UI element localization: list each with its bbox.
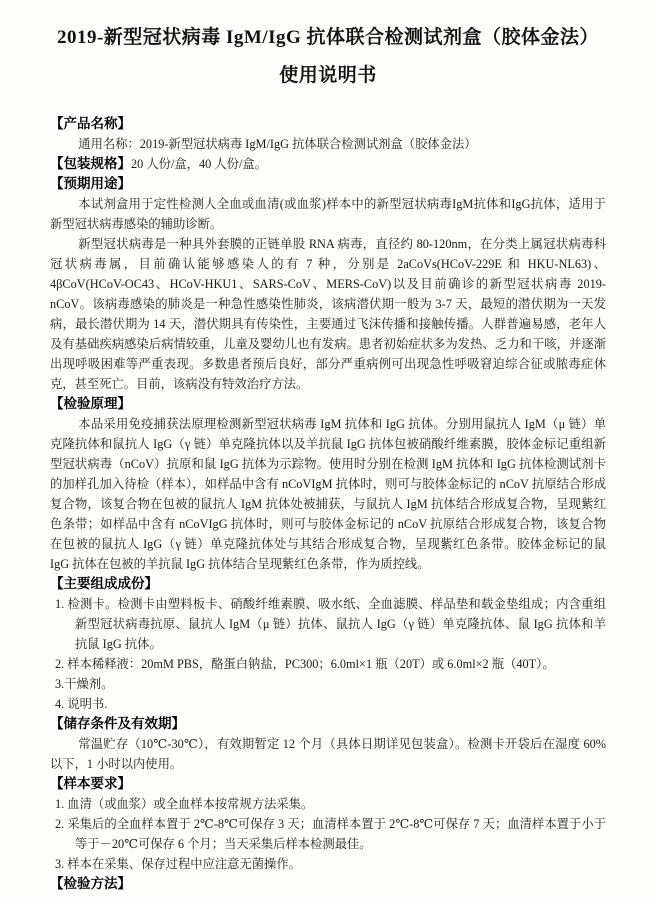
packaging-spec-text: 20 人份/盒，40 人份/盒。 xyxy=(131,157,267,171)
list-item-component-1: 1. 检测卡。检测卡由塑料板卡、硝酸纤维素膜、吸水纸、全血滤膜、样品垫和载金垫组… xyxy=(50,594,606,654)
document-body: 【产品名称】 通用名称：2019-新型冠状病毒 IgM/IgG 抗体联合检测试剂… xyxy=(50,114,606,894)
list-item-component-4: 4. 说明书. xyxy=(50,694,606,714)
packaging-line: 【包装规格】20 人份/盒，40 人份/盒。 xyxy=(50,154,606,174)
section-heading-sample-requirements: 【样本要求】 xyxy=(50,774,606,794)
doc-title-line1: 2019-新型冠状病毒 IgM/IgG 抗体联合检测试剂盒（胶体金法） xyxy=(50,24,606,52)
section-heading-intended-use: 【预期用途】 xyxy=(50,174,606,194)
list-item-component-3: 3.干燥剂。 xyxy=(50,674,606,694)
list-item-sample-2: 2. 采集后的全血样本置于 2℃-8℃可保存 3 天；血清样本置于 2℃-8℃可… xyxy=(50,814,606,854)
para-intended-use-1: 本试剂盒用于定性检测人全血或血清(或血浆)样本中的新型冠状病毒IgM抗体和IgG… xyxy=(50,194,606,234)
para-intended-use-2: 新型冠状病毒是一种具外套膜的正链单股 RNA 病毒，直径约 80-120nm，在… xyxy=(50,234,606,394)
section-heading-test-method: 【检验方法】 xyxy=(50,874,606,894)
para-storage: 常温贮存（10℃-30℃），有效期暂定 12 个月（具体日期详见包装盒）。检测卡… xyxy=(50,734,606,774)
section-heading-test-principle: 【检验原理】 xyxy=(50,394,606,414)
para-test-principle: 本品采用免疫捕获法原理检测新型冠状病毒 IgM 抗体和 IgG 抗体。分别用鼠抗… xyxy=(50,414,606,574)
list-item-component-2: 2. 样本稀释液：20mM PBS，酪蛋白钠盐，PC300；6.0ml×1 瓶（… xyxy=(50,654,606,674)
list-item-sample-3: 3. 样本在采集、保存过程中应注意无菌操作。 xyxy=(50,854,606,874)
document-page: 2019-新型冠状病毒 IgM/IgG 抗体联合检测试剂盒（胶体金法） 使用说明… xyxy=(0,0,652,900)
section-heading-packaging: 【包装规格】 xyxy=(50,156,131,171)
generic-name-line: 通用名称：2019-新型冠状病毒 IgM/IgG 抗体联合检测试剂盒（胶体金法） xyxy=(50,134,606,154)
section-heading-product-name: 【产品名称】 xyxy=(50,114,606,134)
section-heading-components: 【主要组成成份】 xyxy=(50,574,606,594)
list-item-sample-1: 1. 血清（或血浆）或全血样本按常规方法采集。 xyxy=(50,794,606,814)
section-heading-storage: 【储存条件及有效期】 xyxy=(50,714,606,734)
doc-title-line2: 使用说明书 xyxy=(50,62,606,90)
